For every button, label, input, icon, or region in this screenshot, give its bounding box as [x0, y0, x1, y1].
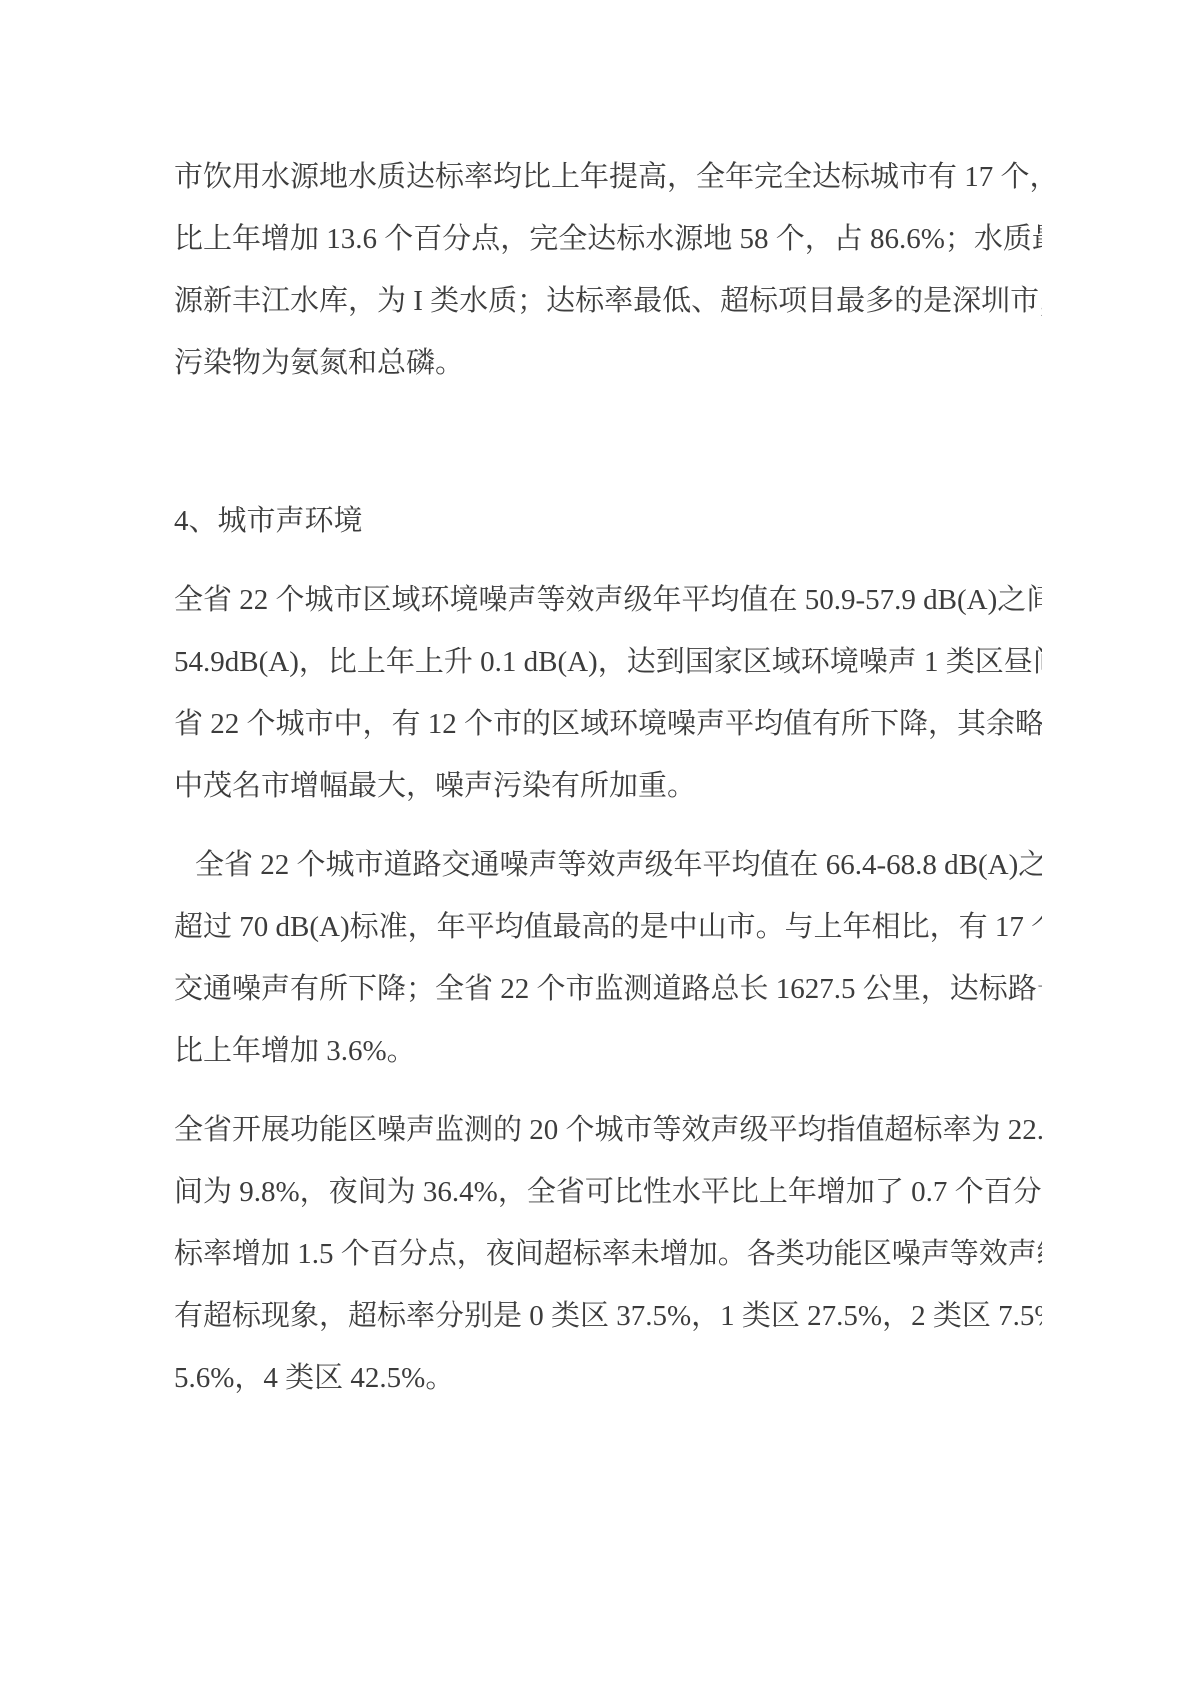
text-line: 54.9dB(A)，比上年上升 0.1 dB(A)，达到国家区域环境噪声 1 类… — [174, 631, 1042, 693]
paragraph-functional-zone-noise: 全省开展功能区噪声监测的 20 个城市等效声级平均指值超标率为 22.0%，其中… — [174, 1099, 1042, 1409]
text-line: 省 22 个城市中，有 12 个市的区域环境噪声平均值有所下降，其余略有增加，其 — [174, 693, 1042, 755]
document-content: 市饮用水源地水质达标率均比上年提高，全年完全达标城市有 17 个，占 77.3%… — [174, 146, 1042, 1426]
text-line: 全省 22 个城市区域环境噪声等效声级年平均值在 50.9-57.9 dB(A)… — [174, 569, 1042, 631]
paragraph-road-traffic-noise: 全省 22 个城市道路交通噪声等效声级年平均值在 66.4-68.8 dB(A)… — [174, 834, 1042, 1082]
text-line: 5.6%，4 类区 42.5%。 — [174, 1347, 1042, 1409]
text-line: 全省开展功能区噪声监测的 20 个城市等效声级平均指值超标率为 22.0%，其中… — [174, 1099, 1042, 1161]
text-line: 市饮用水源地水质达标率均比上年提高，全年完全达标城市有 17 个，占 77.3%… — [174, 146, 1042, 208]
text-line: 交通噪声有所下降；全省 22 个市监测道路总长 1627.5 公里，达标路长占 … — [174, 958, 1042, 1020]
text-line: 全省 22 个城市道路交通噪声等效声级年平均值在 66.4-68.8 dB(A)… — [174, 834, 1042, 896]
blank-line — [174, 411, 1042, 473]
section-heading-urban-acoustic-environment: 4、城市声环境 — [174, 490, 1042, 552]
text-line: 中茂名市增幅最大，噪声污染有所加重。 — [174, 755, 1042, 817]
text-line: 间为 9.8%，夜间为 36.4%，全省可比性水平比上年增加了 0.7 个百分点… — [174, 1161, 1042, 1223]
paragraph-regional-environmental-noise: 全省 22 个城市区域环境噪声等效声级年平均值在 50.9-57.9 dB(A)… — [174, 569, 1042, 817]
text-line: 污染物为氨氮和总磷。 — [174, 332, 1042, 394]
section-heading-text: 4、城市声环境 — [174, 490, 1042, 552]
text-line: 比上年增加 13.6 个百分点，完全达标水源地 58 个，占 86.6%；水质最… — [174, 208, 1042, 270]
document-page: 市饮用水源地水质达标率均比上年提高，全年完全达标城市有 17 个，占 77.3%… — [0, 0, 1191, 1684]
text-line: 标率增加 1.5 个百分点，夜间超标率未增加。各类功能区噪声等效声级平均值都 — [174, 1223, 1042, 1285]
text-line: 比上年增加 3.6%。 — [174, 1020, 1042, 1082]
text-line: 超过 70 dB(A)标准，年平均值最高的是中山市。与上年相比，有 17 个市的… — [174, 896, 1042, 958]
text-line: 源新丰江水库，为 I 类水质；达标率最低、超标项目最多的是深圳市，主要超标 — [174, 270, 1042, 332]
paragraph-drinking-water-quality: 市饮用水源地水质达标率均比上年提高，全年完全达标城市有 17 个，占 77.3%… — [174, 146, 1042, 394]
text-line: 有超标现象，超标率分别是 0 类区 37.5%，1 类区 27.5%，2 类区 … — [174, 1285, 1042, 1347]
